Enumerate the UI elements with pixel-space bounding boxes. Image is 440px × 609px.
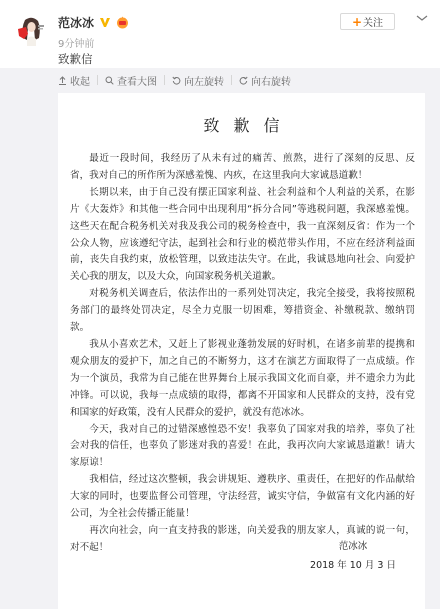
letter-paragraph: 今天，我对自己的过错深感惶恐不安！我辜负了国家对我的培养，辜负了社会对我的信任，…	[70, 422, 415, 473]
chevron-down-icon[interactable]	[415, 13, 429, 23]
letter-signature: 范冰冰	[298, 538, 408, 552]
follow-label: 关注	[363, 14, 383, 29]
letter-paragraph: 长期以来，由于自己没有摆正国家利益、社会利益和个人利益的关系，在影片《大轰炸》和…	[70, 185, 415, 286]
letter-image[interactable]: 致歉信 最近一段时间，我经历了从未有过的痛苦、煎熬，进行了深刻的反思、反省，我对…	[58, 93, 425, 609]
view-large-label: 查看大图	[117, 73, 157, 88]
verified-v-icon	[99, 16, 111, 28]
letter-date: 2018 年 10 月 3 日	[298, 557, 408, 571]
letter-paragraph: 我从小喜欢艺术，又赶上了影视业蓬勃发展的好时机，在诸多前辈的提携和观众朋友的爱护…	[70, 337, 415, 422]
rotate-right-button[interactable]: 向右旋转	[239, 73, 291, 88]
letter-body: 最近一段时间，我经历了从未有过的痛苦、煎熬，进行了深刻的反思、反省，我对自己的所…	[70, 151, 415, 557]
author-row: 范冰冰	[58, 14, 129, 30]
member-badge-icon[interactable]	[116, 16, 129, 29]
collapse-label: 收起	[70, 73, 90, 88]
avatar[interactable]	[12, 12, 48, 48]
collapse-up-icon	[58, 76, 67, 85]
rotate-right-label: 向右旋转	[251, 73, 291, 88]
author-name[interactable]: 范冰冰	[58, 14, 94, 31]
search-icon	[105, 76, 114, 85]
collapse-button[interactable]: 收起	[58, 73, 90, 88]
letter-paragraph: 我相信，经过这次整顿，我会讲规矩、遵秩序、重责任，在把好的作品献给大家的同时，也…	[70, 472, 415, 523]
post-time[interactable]: 9分钟前	[58, 35, 94, 50]
rotate-left-button[interactable]: 向左旋转	[172, 73, 224, 88]
letter-paragraph: 最近一段时间，我经历了从未有过的痛苦、煎熬，进行了深刻的反思、反省，我对自己的所…	[70, 151, 415, 185]
toolbar-divider	[231, 75, 232, 85]
rotate-right-icon	[239, 76, 248, 85]
image-toolbar: 收起 查看大图 向左旋转 向右旋转	[58, 68, 291, 92]
avatar-illustration-icon	[12, 12, 48, 48]
view-large-button[interactable]: 查看大图	[105, 73, 157, 88]
rotate-left-icon	[172, 76, 181, 85]
follow-button[interactable]: + 关注	[340, 13, 395, 30]
toolbar-divider	[164, 75, 165, 85]
letter-paragraph: 对税务机关调查后，依法作出的一系列处罚决定，我完全接受，我将按照税务部门的最终处…	[70, 286, 415, 337]
letter-title: 致歉信	[58, 113, 425, 136]
post-header: 范冰冰 9分钟前 致歉信 + 关注	[0, 0, 440, 68]
toolbar-divider	[97, 75, 98, 85]
plus-icon: +	[352, 16, 362, 28]
rotate-left-label: 向左旋转	[184, 73, 224, 88]
post-text: 致歉信	[58, 51, 93, 67]
media-panel: 收起 查看大图 向左旋转 向右旋转 致歉信	[0, 68, 440, 609]
